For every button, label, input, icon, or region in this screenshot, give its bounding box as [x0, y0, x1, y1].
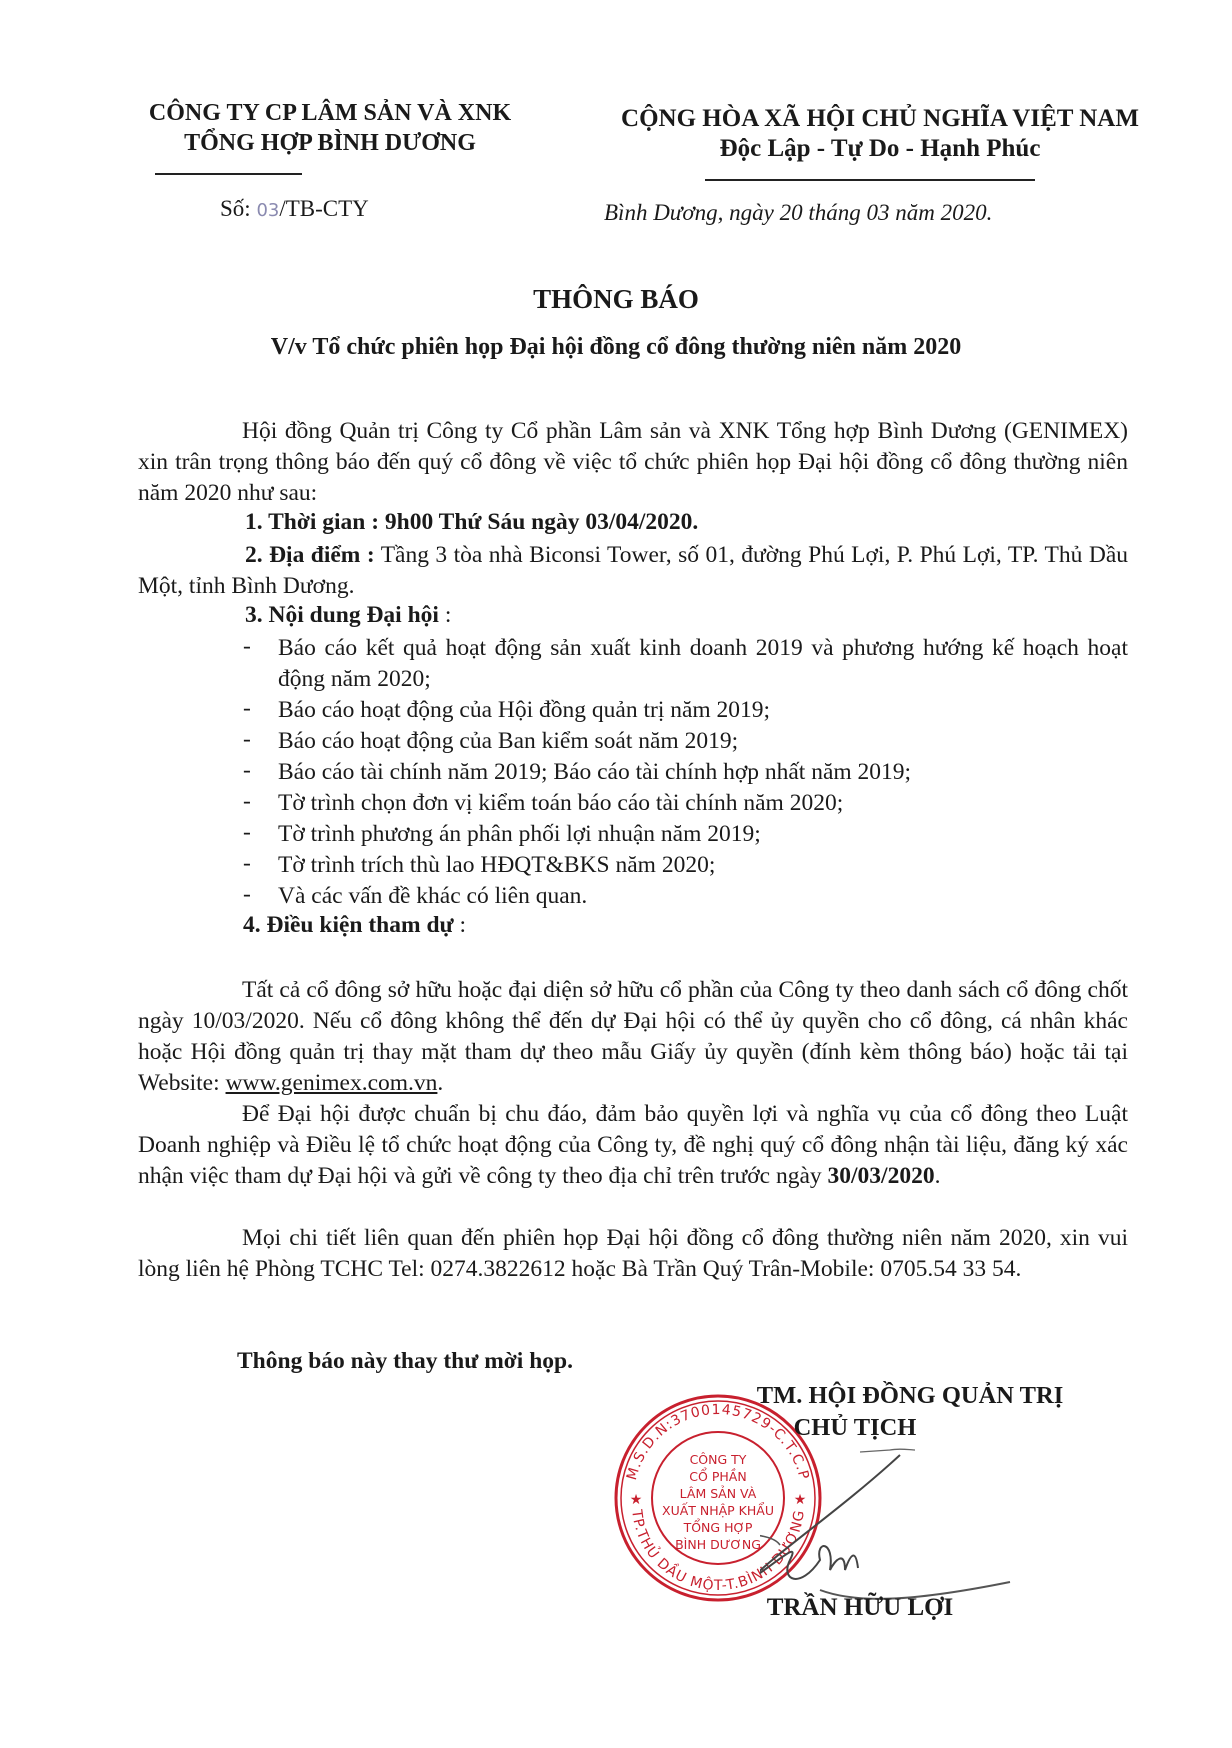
agenda-item: Tờ trình trích thù lao HĐQT&BKS năm 2020… [278, 850, 1128, 881]
national-motto: Độc Lập - Tự Do - Hạnh Phúc [560, 134, 1200, 164]
bullet: - [243, 726, 251, 753]
website-link[interactable]: www.genimex.com.vn [226, 1070, 438, 1096]
svg-text:CÔNG TY: CÔNG TY [690, 1452, 747, 1467]
doc-subject: V/v Tổ chức phiên họp Đại hội đồng cổ đô… [0, 334, 1232, 361]
signature-position: CHỦ TỊCH [710, 1414, 1000, 1442]
section-agenda-label: 3. Nội dung Đại hội [245, 602, 439, 628]
doc-number-suffix: /TB-CTY [279, 196, 368, 221]
bullet: - [243, 757, 251, 784]
section-place-label: 2. Địa điểm : [245, 542, 375, 568]
agenda-item: Tờ trình chọn đơn vị kiểm toán báo cáo t… [278, 788, 1128, 819]
signatory-name: TRẦN HỮU LỢI [700, 1594, 1020, 1622]
intro-paragraph: Hội đồng Quản trị Công ty Cổ phần Lâm sả… [138, 416, 1128, 509]
section-conditions-label: 4. Điều kiện tham dự [243, 912, 454, 938]
bullet: - [243, 633, 251, 660]
bullet: - [243, 850, 251, 877]
doc-number: Số: 03/TB-CTY [220, 196, 369, 222]
bullet: - [243, 881, 251, 908]
contact-paragraph: Mọi chi tiết liên quan đến phiên họp Đại… [138, 1223, 1128, 1285]
agenda-item: Báo cáo tài chính năm 2019; Báo cáo tài … [278, 757, 1128, 788]
svg-text:BÌNH DƯƠNG: BÌNH DƯƠNG [675, 1537, 761, 1552]
agenda-item: Báo cáo kết quả hoạt động sản xuất kinh … [278, 633, 1128, 695]
company-name-line2: TỔNG HỢP BÌNH DƯƠNG [110, 128, 550, 158]
doc-title: THÔNG BÁO [0, 284, 1232, 315]
doc-number-handwritten: 03 [256, 200, 279, 221]
section-conditions: 4. Điều kiện tham dự : [243, 912, 466, 939]
bullet: - [243, 819, 251, 846]
attendance-paragraph: Tất cả cổ đông sở hữu hoặc đại diện sở h… [138, 975, 1128, 1099]
agenda-item: Báo cáo hoạt động của Hội đồng quản trị … [278, 695, 1128, 726]
national-name: CỘNG HÒA XÃ HỘI CHỦ NGHĨA VIỆT NAM [560, 104, 1200, 134]
svg-text:TỔNG HỢP: TỔNG HỢP [683, 1519, 753, 1535]
divider [705, 179, 1035, 181]
deadline: 30/03/2020 [828, 1163, 935, 1189]
prepare-text: Để Đại hội được chuẩn bị chu đáo, đảm bả… [138, 1101, 1128, 1189]
bullet: - [243, 695, 251, 722]
agenda-item: Báo cáo hoạt động của Ban kiểm soát năm … [278, 726, 1128, 757]
svg-text:LÂM SẢN VÀ: LÂM SẢN VÀ [680, 1485, 757, 1501]
section-agenda: 3. Nội dung Đại hội : [245, 602, 451, 629]
section-time: 1. Thời gian : 9h00 Thứ Sáu ngày 03/04/2… [245, 509, 698, 536]
divider [214, 173, 302, 175]
company-name: CÔNG TY CP LÂM SẢN VÀ XNK TỔNG HỢP BÌNH … [110, 98, 550, 158]
national-heading: CỘNG HÒA XÃ HỘI CHỦ NGHĨA VIỆT NAM Độc L… [560, 104, 1200, 164]
section-time-label: 1. Thời gian : 9h00 Thứ Sáu ngày 03/04/2… [245, 509, 692, 535]
svg-text:★: ★ [630, 1493, 643, 1508]
section-place: 2. Địa điểm : Tầng 3 tòa nhà Biconsi Tow… [138, 540, 1128, 602]
agenda-item: Và các vấn đề khác có liên quan. [278, 881, 1128, 912]
signature-on-behalf: TM. HỘI ĐỒNG QUẢN TRỊ [690, 1382, 1130, 1410]
company-name-line1: CÔNG TY CP LÂM SẢN VÀ XNK [110, 98, 550, 128]
prepare-paragraph: Để Đại hội được chuẩn bị chu đáo, đảm bả… [138, 1099, 1128, 1192]
agenda-item: Tờ trình phương án phân phối lợi nhuận n… [278, 819, 1128, 850]
svg-text:XUẤT NHẬP KHẨU: XUẤT NHẬP KHẨU [662, 1502, 774, 1518]
place-date: Bình Dương, ngày 20 tháng 03 năm 2020. [604, 200, 992, 226]
svg-text:CỔ PHẦN: CỔ PHẦN [689, 1468, 746, 1484]
closing-line: Thông báo này thay thư mời họp. [237, 1348, 573, 1375]
bullet: - [243, 788, 251, 815]
doc-number-prefix: Số: [220, 196, 256, 221]
